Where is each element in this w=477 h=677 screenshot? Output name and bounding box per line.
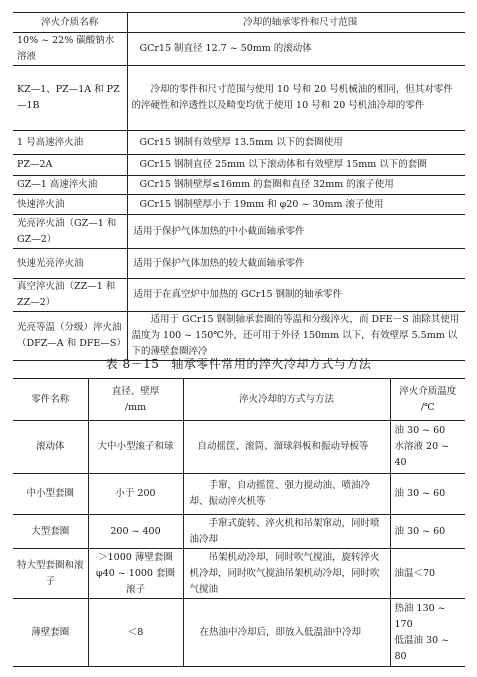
size: 200 ~ 400 bbox=[88, 515, 183, 549]
cooling-range: GCr15 钢制壁厚小于 19mm 和 φ20 ~ 30mm 滚子使用 bbox=[127, 195, 465, 215]
table-number: 表 8－15 bbox=[106, 357, 160, 371]
medium-name: 10% ~ 22% 碳酸钠水溶液 bbox=[13, 33, 127, 66]
temp-line: 油 30 ~ 60 bbox=[395, 524, 462, 540]
table-row: GZ—1 高速淬火油 GCr15 钢制壁厚≤16mm 的套圈和直径 32mm 的… bbox=[13, 176, 465, 195]
size: 大中小型滚子和球 bbox=[88, 421, 183, 474]
temp: 油 30 ~ 60 水溶液 20 ~ 40 bbox=[390, 421, 465, 474]
temp-line: 水溶液 20 ~ 40 bbox=[395, 439, 462, 471]
table-row: 快速光亮淬火油 适用于保护气体加热的较大截面轴承零件 bbox=[13, 249, 465, 279]
temp: 油 30 ~ 60 bbox=[390, 515, 465, 549]
quench-method-table: 零件名称 直径、壁厚 /mm 淬火冷却的方式与方法 淬火介质温度 /℃ 滚动体 … bbox=[13, 378, 465, 667]
table-row: 光亮淬火油（GZ—1 和 GZ—2） 适用于保护气体加热的中小截面轴承零件 bbox=[13, 215, 465, 249]
cooling-range: 适用于 GCr15 钢制轴承套圈的等温和分级淬火，而 DFE－S 油除其使用温度… bbox=[127, 312, 465, 361]
part-name: 大型套圈 bbox=[13, 515, 88, 549]
table-row: 滚动体 大中小型滚子和球 自动摇筐、滚筒、溜球斜板和振动导板等 油 30 ~ 6… bbox=[13, 421, 465, 474]
temp-line: 油 30 ~ 60 bbox=[395, 486, 462, 502]
part-name: 滚动体 bbox=[13, 421, 88, 474]
header-cooling-range: 冷却的轴承零件和尺寸范围 bbox=[127, 13, 465, 33]
table-header-row: 零件名称 直径、壁厚 /mm 淬火冷却的方式与方法 淬火介质温度 /℃ bbox=[13, 379, 465, 421]
table-row: KZ—1、PZ—1A 和 PZ—1B 冷却的零件和尺寸范围与使用 10 号和 2… bbox=[13, 66, 465, 131]
table-title: 轴承零件常用的淬火冷却方式与方法 bbox=[171, 357, 371, 371]
size: ＞1000 薄壁套圈 φ40 ~ 1000 套圈滚子 bbox=[88, 549, 183, 599]
table-row: 中小型套圈 小于 200 手窜，自动摇筐、强力搅动油、喷油冷却、振动淬火机等 油… bbox=[13, 474, 465, 515]
header-temp: 淬火介质温度 /℃ bbox=[390, 379, 465, 421]
quench-medium-table: 淬火介质名称 冷却的轴承零件和尺寸范围 10% ~ 22% 碳酸钠水溶液 GCr… bbox=[13, 12, 465, 361]
table-row: 特大型套圈和滚子 ＞1000 薄壁套圈 φ40 ~ 1000 套圈滚子 吊架机动… bbox=[13, 549, 465, 599]
table-row: 光亮等温（分级）淬火油（DFZ—A 和 DFE—S） 适用于 GCr15 钢制轴… bbox=[13, 312, 465, 361]
table-row: 大型套圈 200 ~ 400 手窜式旋转、淬火机和吊架窜动，同时喷油冷却 油 3… bbox=[13, 515, 465, 549]
method: 在热油中冷却后，即放入低温油中冷却 bbox=[183, 599, 390, 667]
method: 吊架机动冷却，同时吹气搅油，旋转淬火机冷却，同时吹气搅油吊架机动冷却，同时吹气搅… bbox=[183, 549, 390, 599]
part-name: 特大型套圈和滚子 bbox=[13, 549, 88, 599]
table-row: PZ—2A GCr15 钢制直径 25mm 以下滚动体和有效壁厚 15mm 以下… bbox=[13, 155, 465, 176]
part-name: 中小型套圈 bbox=[13, 474, 88, 515]
temp-line: 低温油 30 ~ 80 bbox=[395, 633, 462, 665]
table-header-row: 淬火介质名称 冷却的轴承零件和尺寸范围 bbox=[13, 13, 465, 33]
temp-line: 热油 130 ~ 170 bbox=[395, 601, 462, 633]
method: 手窜，自动摇筐、强力搅动油、喷油冷却、振动淬火机等 bbox=[183, 474, 390, 515]
header-size-line1: 直径、壁厚 bbox=[93, 384, 179, 400]
medium-name: 光亮淬火油（GZ—1 和 GZ—2） bbox=[13, 215, 127, 249]
medium-name: 光亮等温（分级）淬火油（DFZ—A 和 DFE—S） bbox=[13, 312, 127, 361]
table-caption: 表 8－15轴承零件常用的淬火冷却方式与方法 bbox=[0, 355, 477, 372]
table-row: 快速淬火油 GCr15 钢制壁厚小于 19mm 和 φ20 ~ 30mm 滚子使… bbox=[13, 195, 465, 215]
cooling-range: GCr15 钢制直径 25mm 以下滚动体和有效壁厚 15mm 以下的套圈 bbox=[127, 155, 465, 176]
medium-name: KZ—1、PZ—1A 和 PZ—1B bbox=[13, 66, 127, 131]
cooling-range: 适用于保护气体加热的中小截面轴承零件 bbox=[127, 215, 465, 249]
cooling-range: GCr15 钢制有效壁厚 13.5mm 以下的套圈使用 bbox=[127, 131, 465, 155]
method: 手窜式旋转、淬火机和吊架窜动，同时喷油冷却 bbox=[183, 515, 390, 549]
medium-name: PZ—2A bbox=[13, 155, 127, 176]
header-part-name: 零件名称 bbox=[13, 379, 88, 421]
medium-name: 快速淬火油 bbox=[13, 195, 127, 215]
size: ＜8 bbox=[88, 599, 183, 667]
cooling-range: 冷却的零件和尺寸范围与使用 10 号和 20 号机械油的相同，但其对零件的淬硬性… bbox=[127, 66, 465, 131]
medium-name: GZ—1 高速淬火油 bbox=[13, 176, 127, 195]
cooling-range: 适用于保护气体加热的较大截面轴承零件 bbox=[127, 249, 465, 279]
table-row: 1 号高速淬火油 GCr15 钢制有效壁厚 13.5mm 以下的套圈使用 bbox=[13, 131, 465, 155]
medium-name: 快速光亮淬火油 bbox=[13, 249, 127, 279]
size-line: ＞1000 薄壁套圈 bbox=[93, 550, 179, 566]
header-medium-name: 淬火介质名称 bbox=[13, 13, 127, 33]
header-temp-line1: 淬火介质温度 bbox=[395, 384, 462, 400]
cooling-range: GCr15 钢制壁厚≤16mm 的套圈和直径 32mm 的滚子使用 bbox=[127, 176, 465, 195]
part-name: 薄壁套圈 bbox=[13, 599, 88, 667]
medium-name: 真空淬火油（ZZ—1 和 ZZ—2） bbox=[13, 279, 127, 312]
medium-name: 1 号高速淬火油 bbox=[13, 131, 127, 155]
temp: 油温＜70 bbox=[390, 549, 465, 599]
temp-line: 油 30 ~ 60 bbox=[395, 423, 462, 439]
method: 自动摇筐、滚筒、溜球斜板和振动导板等 bbox=[183, 421, 390, 474]
temp-line: 油温＜70 bbox=[395, 566, 462, 582]
header-method: 淬火冷却的方式与方法 bbox=[183, 379, 390, 421]
table-row: 10% ~ 22% 碳酸钠水溶液 GCr15 制直径 12.7 ~ 50mm 的… bbox=[13, 33, 465, 66]
temp: 油 30 ~ 60 bbox=[390, 474, 465, 515]
table-row: 薄壁套圈 ＜8 在热油中冷却后，即放入低温油中冷却 热油 130 ~ 170 低… bbox=[13, 599, 465, 667]
temp: 热油 130 ~ 170 低温油 30 ~ 80 bbox=[390, 599, 465, 667]
header-size: 直径、壁厚 /mm bbox=[88, 379, 183, 421]
size: 小于 200 bbox=[88, 474, 183, 515]
header-size-unit: /mm bbox=[93, 400, 179, 416]
table-row: 真空淬火油（ZZ—1 和 ZZ—2） 适用于在真空炉中加热的 GCr15 钢制的… bbox=[13, 279, 465, 312]
cooling-range: 适用于在真空炉中加热的 GCr15 钢制的轴承零件 bbox=[127, 279, 465, 312]
size-line: φ40 ~ 1000 套圈滚子 bbox=[93, 566, 179, 598]
cooling-range: GCr15 制直径 12.7 ~ 50mm 的滚动体 bbox=[127, 33, 465, 66]
header-temp-unit: /℃ bbox=[395, 400, 462, 416]
